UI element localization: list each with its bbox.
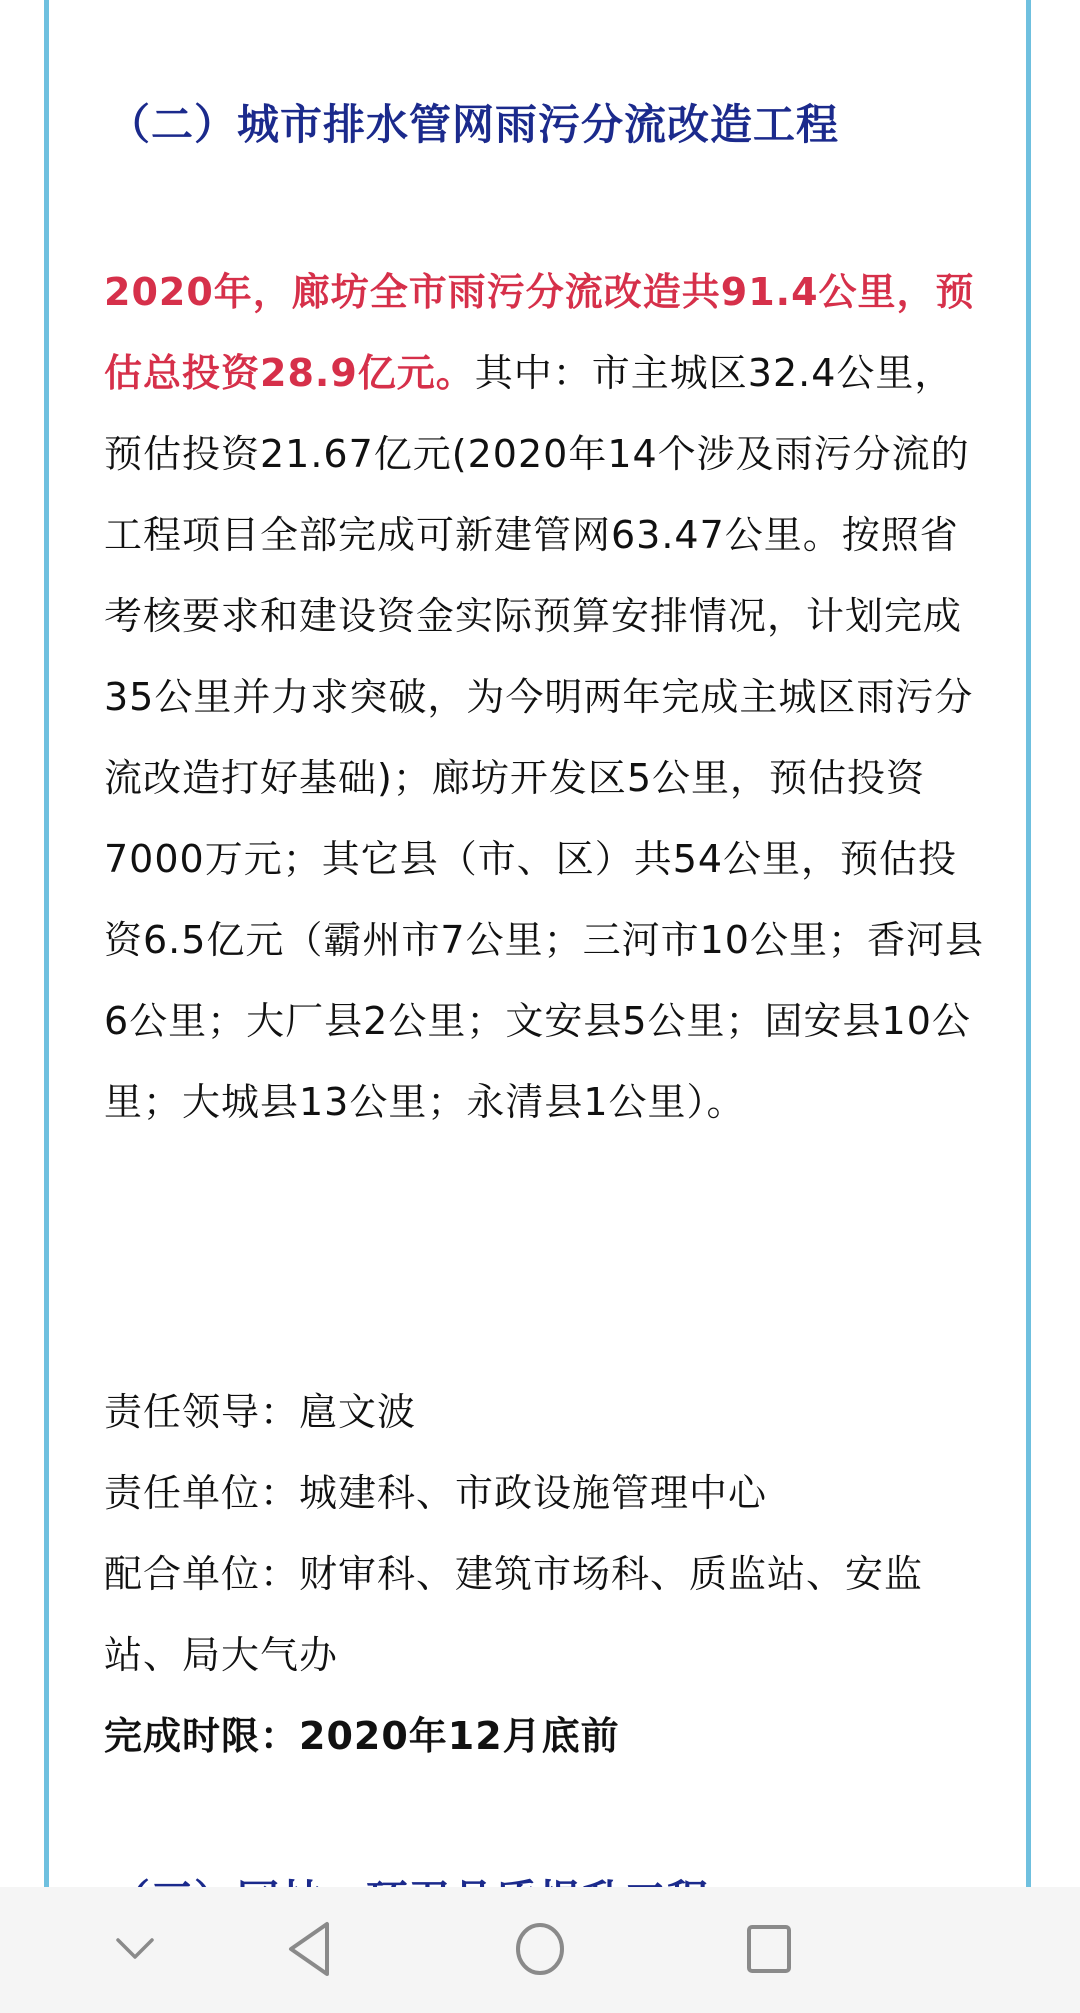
recents-button[interactable]: [734, 1917, 804, 1981]
cooperate-label: 配合单位：: [104, 1552, 299, 1596]
article-paragraph: 2020年，廊坊全市雨污分流改造共91.4公里，预估总投资28.9亿元。其中：市…: [104, 252, 984, 1143]
leader-value: 扈文波: [299, 1390, 416, 1434]
back-button[interactable]: [274, 1917, 344, 1981]
section-heading: （二）城市排水管网雨污分流改造工程: [108, 92, 839, 152]
chevron-down-icon: [115, 1937, 155, 1961]
article-page: （二）城市排水管网雨污分流改造工程 2020年，廊坊全市雨污分流改造共91.4公…: [0, 0, 1080, 2013]
deadline-value: 2020年12月底前: [299, 1714, 620, 1758]
deadline-row: 完成时限：2020年12月底前: [104, 1696, 984, 1777]
unit-row: 责任单位：城建科、市政设施管理中心: [104, 1453, 984, 1534]
paragraph-body: 其中：市主城区32.4公里，预估投资21.67亿元(2020年14个涉及雨污分流…: [104, 351, 984, 1124]
collapse-button[interactable]: [100, 1917, 170, 1981]
cooperate-row: 配合单位：财审科、建筑市场科、质监站、安监站、局大气办: [104, 1534, 984, 1696]
unit-value: 城建科、市政设施管理中心: [299, 1471, 767, 1515]
home-button[interactable]: [505, 1917, 575, 1981]
leader-row: 责任领导：扈文波: [104, 1372, 984, 1453]
square-recents-icon: [745, 1923, 793, 1975]
circle-home-icon: [514, 1921, 566, 1977]
responsibility-info: 责任领导：扈文波 责任单位：城建科、市政设施管理中心 配合单位：财审科、建筑市场…: [104, 1372, 984, 1777]
system-navigation-bar: [0, 1887, 1080, 2013]
triangle-back-icon: [287, 1921, 331, 1977]
unit-label: 责任单位：: [104, 1471, 299, 1515]
leader-label: 责任领导：: [104, 1390, 299, 1434]
deadline-label: 完成时限：: [104, 1714, 299, 1758]
